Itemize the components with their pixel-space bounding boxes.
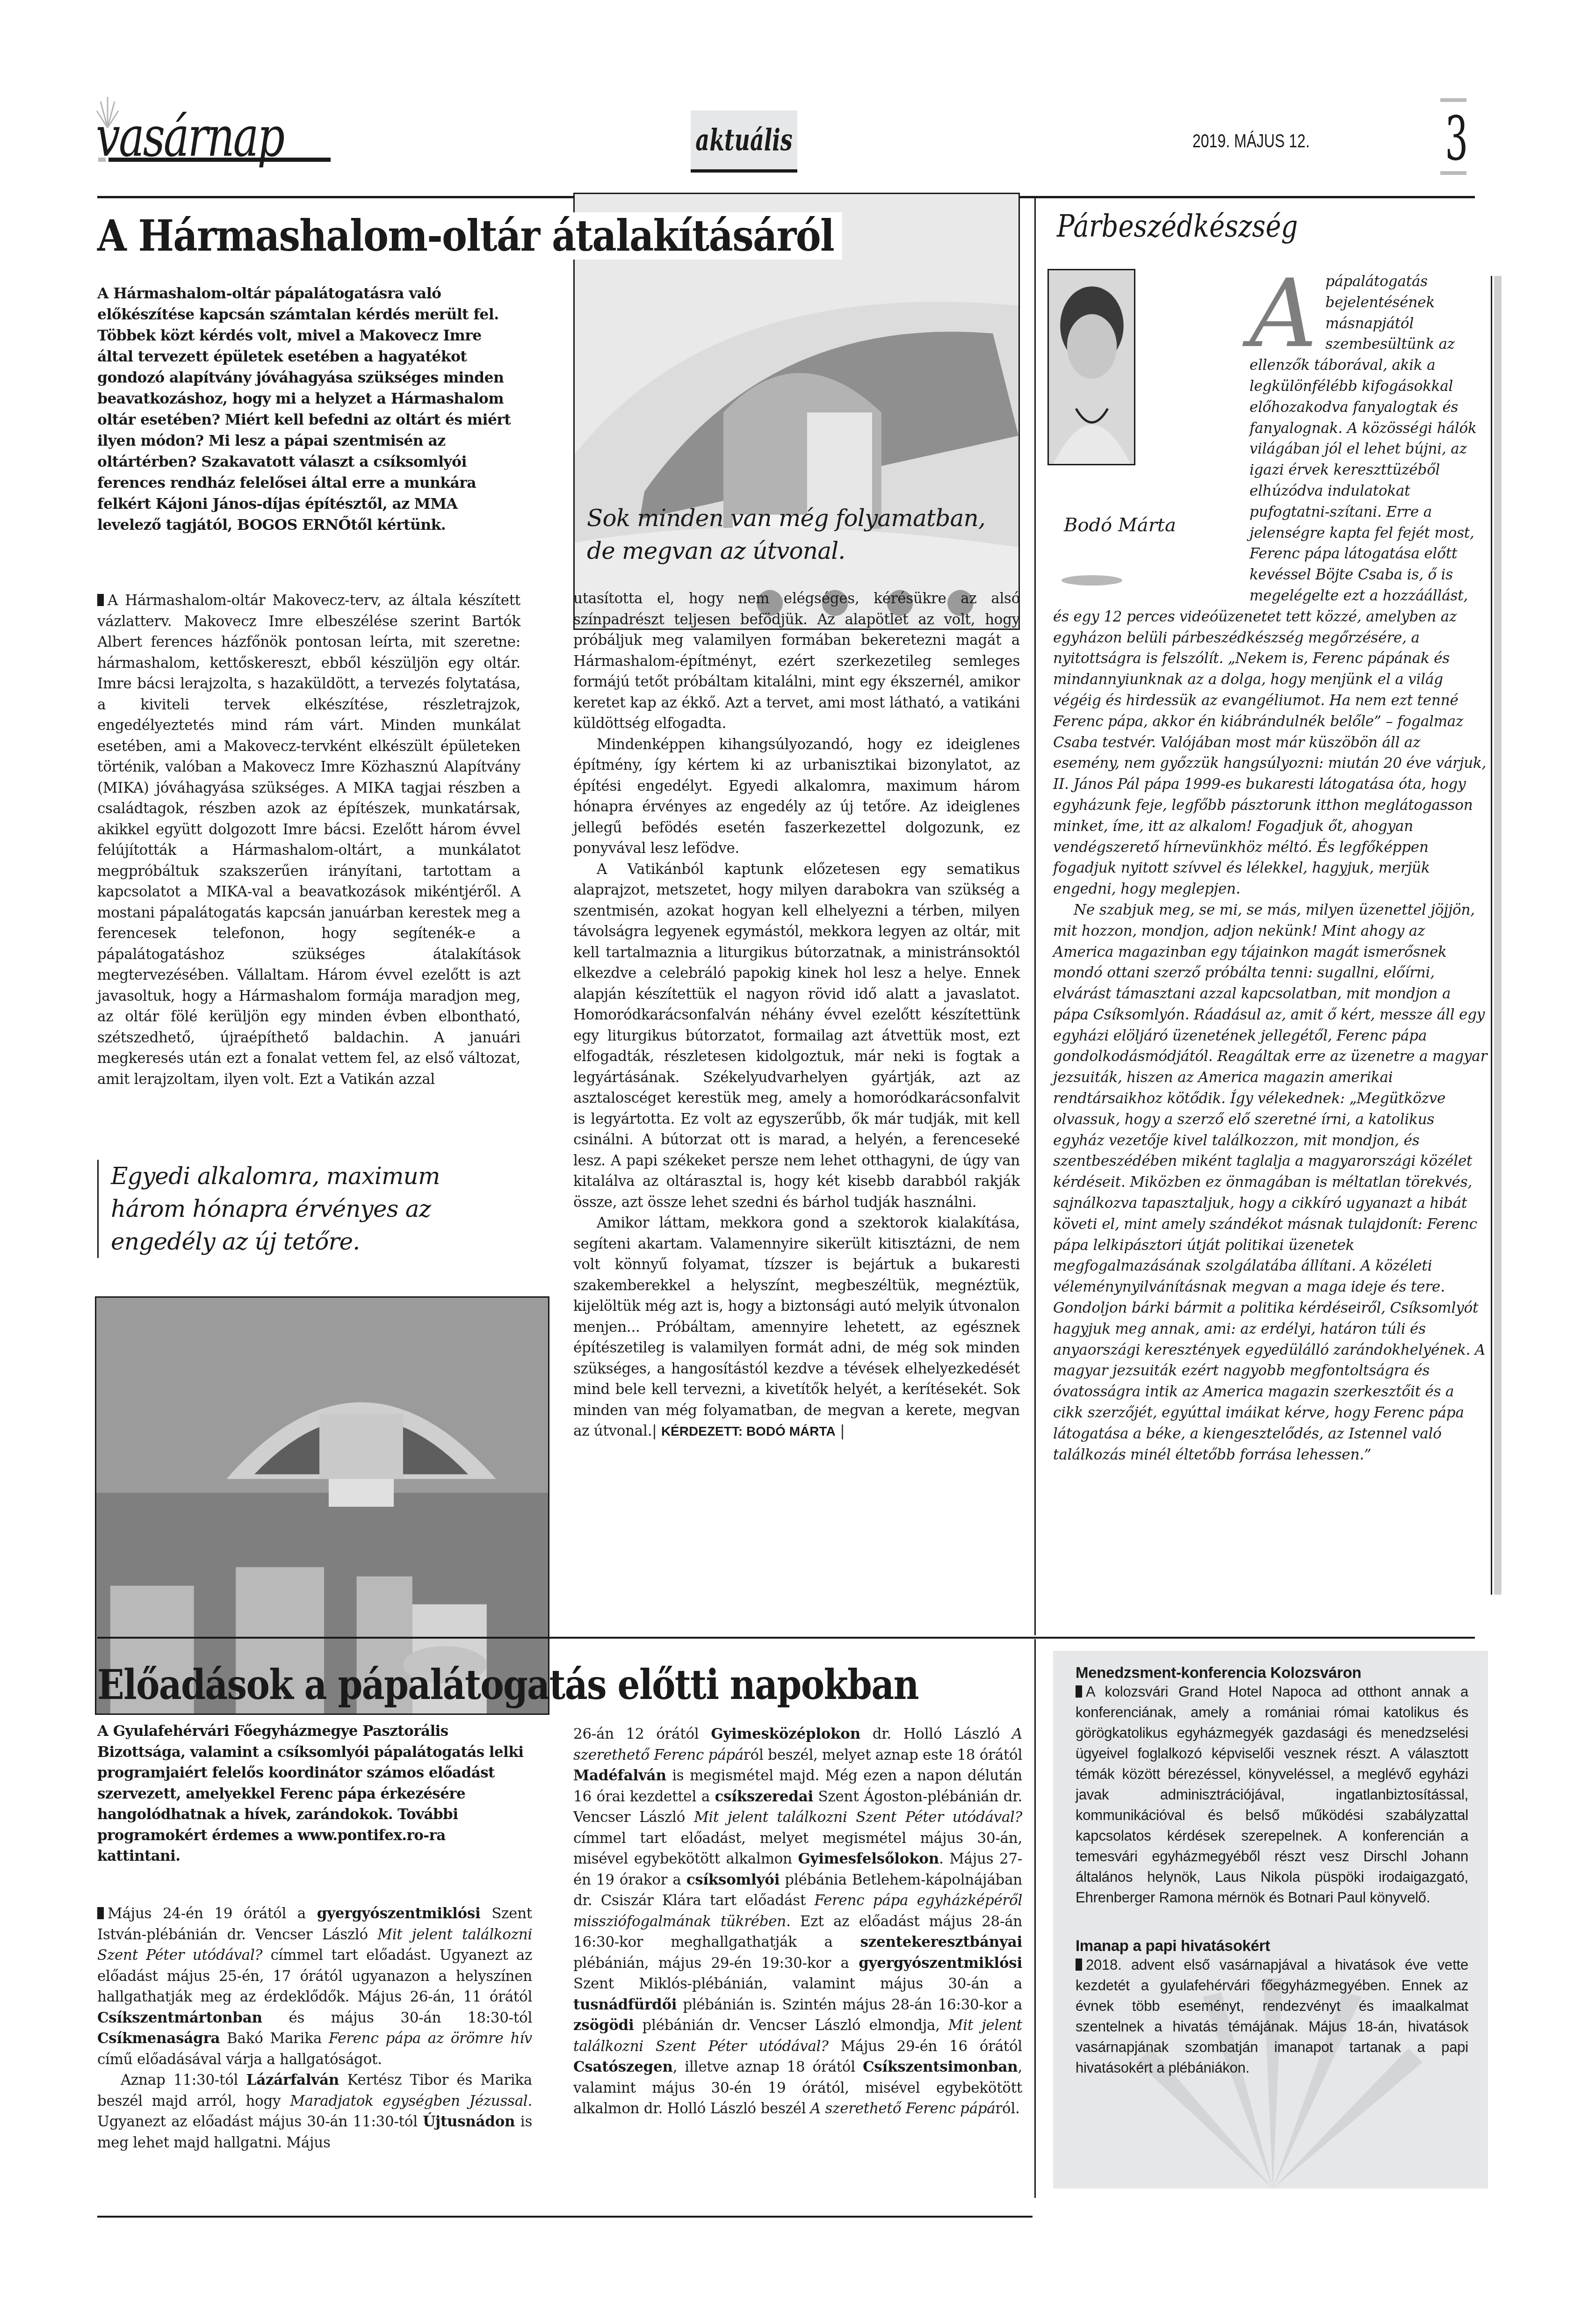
column-side-bar <box>1494 276 1502 1595</box>
column-title: Párbeszédkészség <box>1057 208 1298 244</box>
brief-text-1: A kolozsvári Grand Hotel Napoca ad ottho… <box>1076 1682 1468 1908</box>
column-divider <box>1034 197 1036 1635</box>
paragraph-marker-icon <box>97 594 104 606</box>
main-article-column-2: utasította el, hogy nem elégséges, kérés… <box>573 588 1020 1442</box>
page-number: 3 <box>1445 103 1468 174</box>
bottom-lead: A Gyulafehérvári Főegyházmegye Pasztorál… <box>97 1721 532 1867</box>
news-brief-box: Menedzsment-konferencia Kolozsváron A ko… <box>1053 1651 1488 2189</box>
column-side-line <box>1491 276 1492 1595</box>
paragraph-marker-icon <box>97 1907 104 1919</box>
byline: KÉRDEZETT: BODÓ MÁRTA <box>661 1424 836 1438</box>
paragraph-marker-icon <box>1076 1685 1082 1698</box>
crowd-photo <box>95 1296 549 1715</box>
brief-text-2: 2018. advent első vasárnapjával a hivatá… <box>1076 1955 1468 2078</box>
dropcap: A <box>1249 277 1317 352</box>
main-article-column-1: A Hármashalom-oltár Makovecz-terv, az ál… <box>97 590 520 1090</box>
pull-quote-1: Egyedi alkalomra, maximum három hónapra … <box>97 1160 520 1258</box>
page-number-bar-top <box>1440 98 1466 102</box>
section-tab: aktuális <box>691 110 797 173</box>
pull-quote-2: Sok minden van még folyamatban, de megva… <box>573 502 1020 567</box>
brief-title-1: Menedzsment-konferencia Kolozsváron <box>1076 1664 1468 1682</box>
issue-date: 2019. MÁJUS 12. <box>1192 131 1310 152</box>
bottom-headline: Előadások a pápalátogatás előtti napokba… <box>97 1660 918 1709</box>
bottom-rule <box>97 2216 1033 2218</box>
column-body: Apápalátogatás bejelentésének másnapjátó… <box>1053 271 1488 1465</box>
crowd-photo-illustration <box>96 1298 548 1713</box>
news-brief-content: Menedzsment-konferencia Kolozsváron A ko… <box>1076 1664 1468 2078</box>
page-number-bar-bottom <box>1440 171 1466 175</box>
bottom-article-column-2: 26-án 12 órától Gyimesközéplokon dr. Hol… <box>573 1724 1022 2119</box>
bottom-article-column-1: Május 24-én 19 órától a gyergyószentmikl… <box>97 1903 532 2153</box>
paragraph-marker-icon <box>1076 1959 1082 1971</box>
main-headline: A Hármashalom-oltár átalakításáról <box>97 212 842 260</box>
section-label: aktuális <box>695 123 792 158</box>
brief-title-2: Imanap a papi hivatásokért <box>1076 1937 1468 1955</box>
logo-underline <box>108 158 331 162</box>
main-lead: A Hármashalom-oltár pápalátogatásra való… <box>97 283 520 535</box>
middle-rule <box>97 1637 1475 1639</box>
portrait-float-spacer <box>1053 271 1249 589</box>
logo-accent-gray <box>98 158 106 162</box>
bottom-column-divider <box>1034 1639 1036 2198</box>
logo-text: vasárnap <box>96 109 283 164</box>
